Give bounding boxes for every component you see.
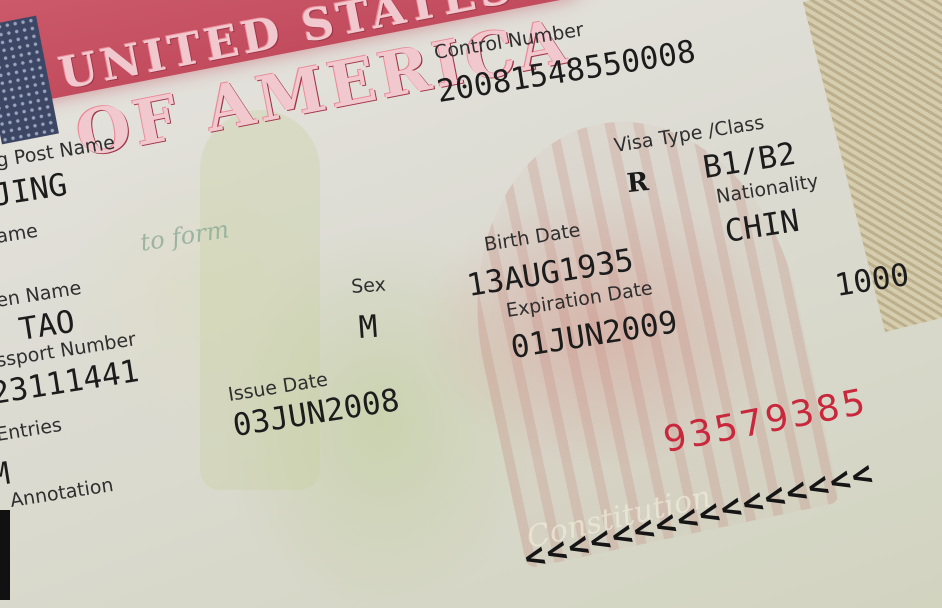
visa-type-value: R <box>625 167 650 199</box>
sex-label: Sex <box>350 274 386 298</box>
surname-label: ame <box>0 220 39 248</box>
visa-photo: UNITED STATES OF AMERICA Control Number … <box>0 0 942 608</box>
entries-value: M <box>0 456 12 494</box>
page-edge <box>0 510 10 600</box>
issuing-post-value: JING <box>0 167 70 214</box>
annotation-label: Annotation <box>9 474 115 512</box>
entries-label: Entries <box>0 414 63 446</box>
sex-value: M <box>357 309 378 346</box>
